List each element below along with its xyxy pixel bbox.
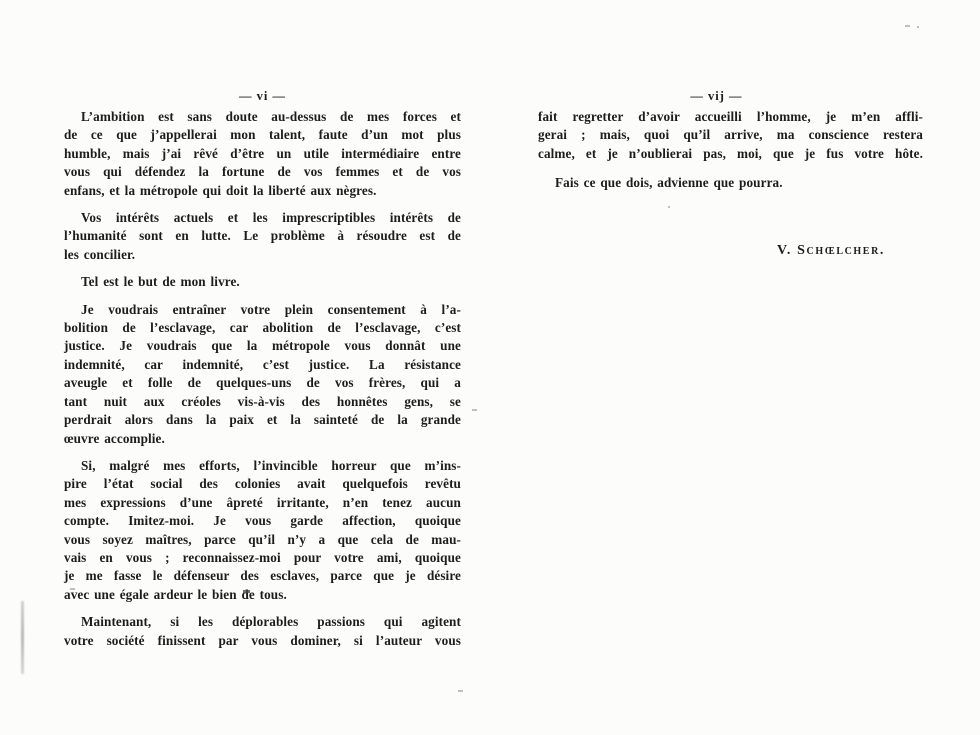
paragraph-continuation: fait regretter d’avoir accueilli l’homme… (538, 108, 923, 163)
author-signature: V. Schœlcher. (538, 243, 923, 259)
page-right-vij: — vij — fait regretter d’avoir accueilli… (538, 88, 923, 259)
text-line: Si, malgré mes efforts, l’invincible hor… (64, 457, 461, 475)
scan-artifact-speck (668, 206, 670, 208)
text-line: œuvre accomplie. (64, 430, 461, 448)
text-line: de ce que j’appellerai mon talent, faute… (64, 126, 461, 144)
scan-artifact-speck (472, 409, 477, 411)
text-line: Fais ce que dois, advienne que pourra. (538, 174, 923, 192)
text-line: aveugle et folle de quelques-uns de vos … (64, 374, 461, 392)
text-line: Maintenant, si les déplorables passions … (64, 613, 461, 631)
page-number-right: — vij — (524, 88, 909, 104)
text-line: bolition de l’esclavage, car abolition d… (64, 319, 461, 337)
text-line: vous soyez maîtres, parce qu’il n’y a qu… (64, 531, 461, 549)
text-line: votre société finissent par vous dominer… (64, 632, 461, 650)
paragraph-abolition: Je voudrais entraîner votre plein consen… (64, 301, 461, 448)
text-line: gerai ; mais, quoi qu’il arrive, ma cons… (538, 126, 923, 144)
text-line: les concilier. (64, 246, 461, 264)
text-line: Je voudrais entraîner votre plein consen… (64, 301, 461, 319)
text-line: perdrait alors dans la paix et la sainte… (64, 411, 461, 429)
scan-artifact-smudge (21, 601, 24, 674)
text-line: mes expressions d’une âpreté irritante, … (64, 494, 461, 512)
paragraph-interets: Vos intérêts actuels et les imprescripti… (64, 209, 461, 264)
text-line: enfans, et la métropole qui doit la libe… (64, 182, 461, 200)
text-line: calme, et je n’oublierai pas, moi, que j… (538, 145, 923, 163)
text-line: fait regretter d’avoir accueilli l’homme… (538, 108, 923, 126)
text-line: Vos intérêts actuels et les imprescripti… (64, 209, 461, 227)
scan-artifact-speck (905, 25, 910, 27)
text-line: compte. Imitez-moi. Je vous garde affect… (64, 512, 461, 530)
paragraph-but-du-livre: Tel est le but de mon livre. (64, 273, 461, 291)
text-line: je me fasse le défenseur des esclaves, p… (64, 567, 461, 585)
text-line: vous qui défendez la fortune de vos femm… (64, 163, 461, 181)
text-line: avec une égale ardeur le bien de tous. (64, 586, 461, 604)
text-line: humble, mais j’ai rêvé d’être un utile i… (64, 145, 461, 163)
text-line: vais en vous ; reconnaissez-moi pour vot… (64, 549, 461, 567)
paragraph-devise: Fais ce que dois, advienne que pourra. (538, 174, 923, 192)
scan-artifact-speck (70, 588, 75, 590)
paragraph-ambition: L’ambition est sans doute au-dessus de m… (64, 108, 461, 200)
text-line: Tel est le but de mon livre. (64, 273, 461, 291)
text-line: L’ambition est sans doute au-dessus de m… (64, 108, 461, 126)
page-number-left: — vi — (64, 88, 461, 104)
scanned-book-spread: { "colors": { "paper": "#fcfcfb", "ink":… (0, 0, 980, 735)
paragraph-efforts: Si, malgré mes efforts, l’invincible hor… (64, 457, 461, 604)
page-left-vi: — vi — L’ambition est sans doute au-dess… (64, 88, 461, 650)
text-line: pire l’état social des colonies avait qu… (64, 475, 461, 493)
text-line: justice. Je voudrais que la métropole vo… (64, 337, 461, 355)
text-line: tant nuit aux créoles vis-à-vis des honn… (64, 393, 461, 411)
text-line: l’humanité sont en lutte. Le problème à … (64, 227, 461, 245)
paragraph-maintenant: Maintenant, si les déplorables passions … (64, 613, 461, 650)
scan-artifact-dash (243, 590, 250, 593)
scan-artifact-speck (917, 26, 919, 28)
scan-artifact-speck (458, 690, 463, 692)
text-line: indemnité, car indemnité, c’est justice.… (64, 356, 461, 374)
